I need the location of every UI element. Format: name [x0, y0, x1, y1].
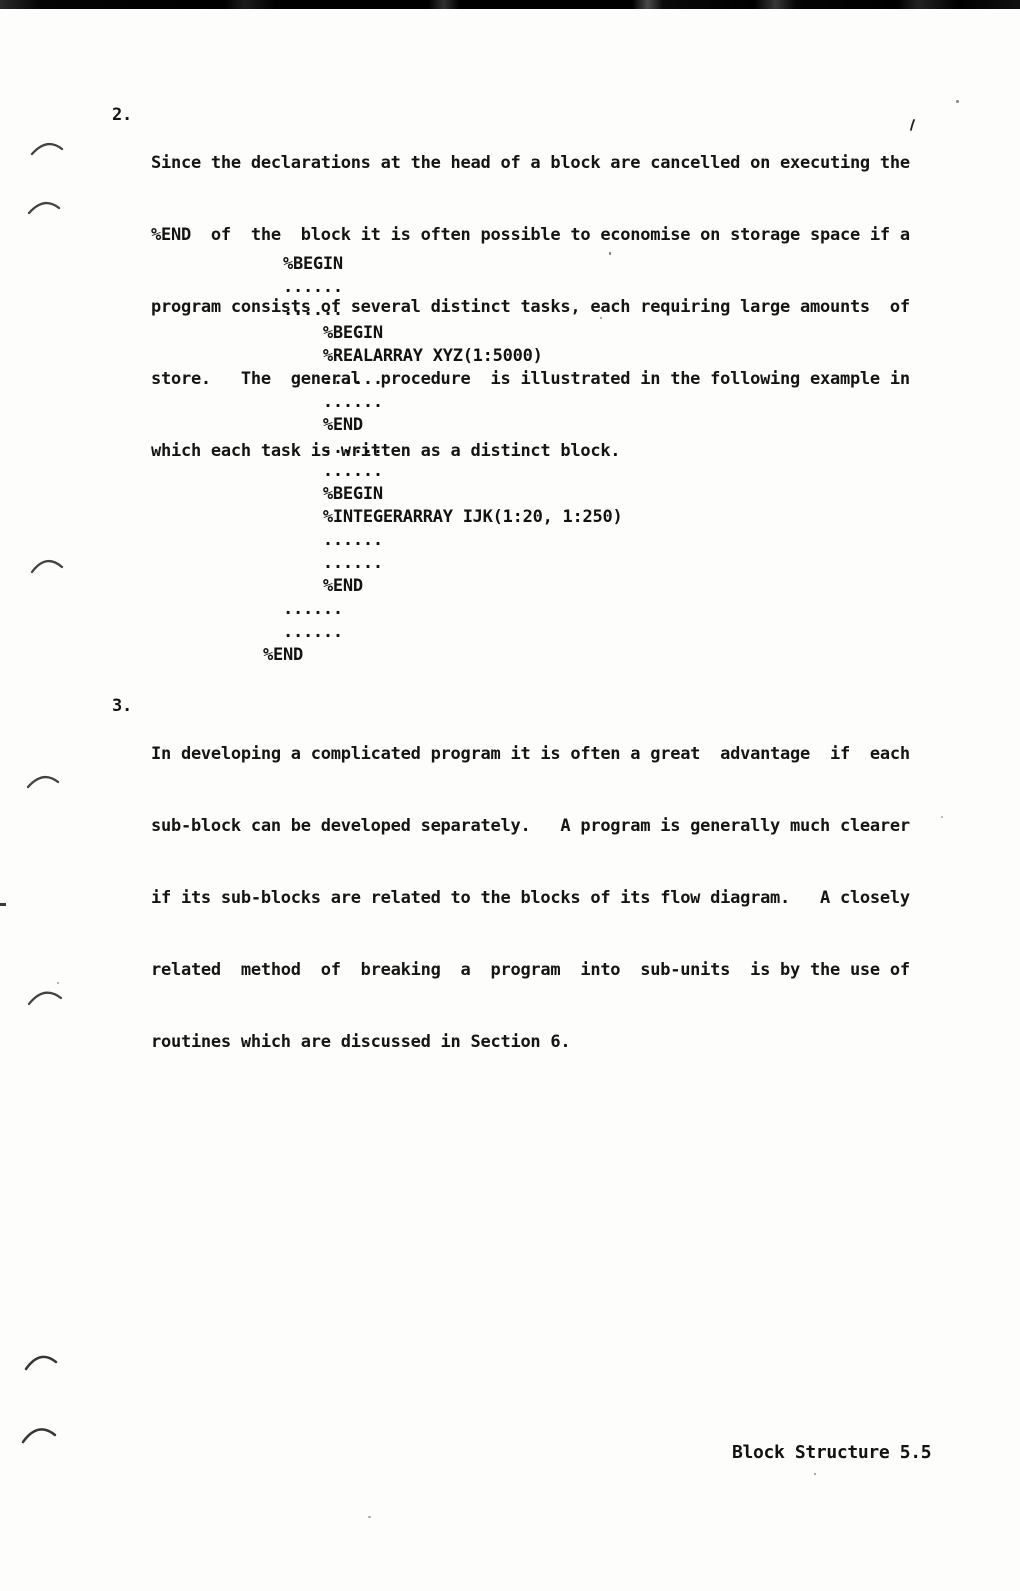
scanned-document-page: 2. Since the declarations at the head of… — [0, 0, 1020, 1591]
stray-pen-tick-mark — [908, 118, 918, 132]
margin-pen-arc-mark — [27, 198, 61, 216]
list-item-2: 2. Since the declarations at the head of… — [0, 103, 40, 199]
code-example-block: %BEGIN ...... ...... %BEGIN %REALARRAY X… — [263, 253, 622, 667]
scan-bottom-edge — [0, 0, 1020, 9]
list-item-3: 3. In developing a complicated program i… — [0, 694, 40, 790]
ink-speck — [368, 1516, 371, 1518]
paragraph-line: related method of breaking a program int… — [151, 958, 910, 982]
paragraph-line: routines which are discussed in Section … — [151, 1030, 910, 1054]
paragraph-line: %END of the block it is often possible t… — [151, 223, 910, 247]
paragraph-item-3: In developing a complicated program it i… — [151, 694, 910, 1102]
ink-speck — [814, 1473, 816, 1475]
ink-speck — [600, 317, 602, 319]
ink-speck — [0, 903, 6, 906]
item-number: 2. — [112, 103, 132, 127]
paragraph-line: In developing a complicated program it i… — [151, 742, 910, 766]
margin-pen-arc-mark — [27, 987, 63, 1006]
ink-speck — [609, 252, 611, 255]
footer-section-label: Block Structure 5.5 — [732, 1442, 931, 1463]
paragraph-line: sub-block can be developed separately. A… — [151, 814, 910, 838]
ink-speck — [956, 100, 959, 103]
paragraph-line: Since the declarations at the head of a … — [151, 151, 910, 175]
item-number: 3. — [112, 694, 132, 718]
margin-pen-arc-mark — [21, 1424, 57, 1444]
ink-speck — [57, 982, 59, 984]
ink-speck — [941, 816, 943, 818]
margin-pen-arc-mark — [30, 556, 64, 574]
margin-pen-arc-mark — [24, 1352, 58, 1371]
paragraph-line: if its sub-blocks are related to the blo… — [151, 886, 910, 910]
